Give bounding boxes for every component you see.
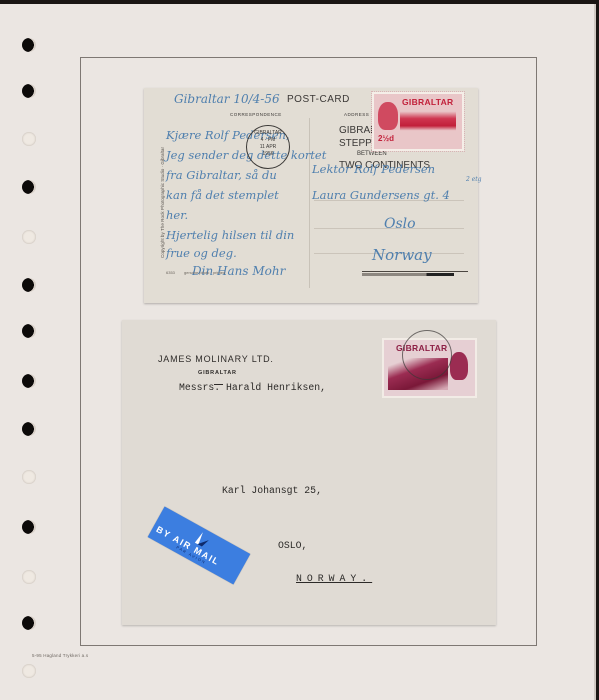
message-line: her. [166, 208, 188, 222]
queen-portrait-icon [378, 102, 398, 130]
sender-city: GIBRALTAR [198, 370, 237, 376]
catalog-number: 6353 [166, 270, 175, 275]
binder-hole [22, 132, 36, 146]
binder-hole [22, 324, 36, 338]
postcard: POST-CARD CORRESPONDENCE ADDRESS Copyrig… [144, 88, 478, 303]
message-line: Hjertelig hilsen til din [166, 228, 294, 242]
binder-hole [22, 616, 36, 630]
recipient-line: Norway [372, 246, 432, 264]
recipient-line: Lektor Rolf Pedersen [312, 162, 435, 176]
binder-hole [22, 278, 36, 292]
binder-hole [22, 664, 36, 678]
postmark-time: 4 - PM [247, 137, 289, 144]
slogan-line: BETWEEN [339, 150, 430, 159]
sender-company: JAMES MOLINARY LTD. [158, 354, 274, 364]
recipient-line: Laura Gundersens gt. 4 [312, 188, 450, 202]
handwritten-date: Gibraltar 10/4-56 [174, 92, 280, 106]
postcard-divider [309, 118, 310, 288]
binder-hole [22, 84, 36, 98]
floor-note: 2 etg [466, 176, 482, 183]
printer-footer-note: 5-95 Hagland Trykkeri a.s [32, 653, 88, 658]
recipient-line: Karl Johansgt 25, [222, 485, 322, 496]
rock-scene-icon [400, 109, 456, 133]
message-line: frue og deg. [166, 246, 237, 260]
airmail-label: BY AIR MAIL PAR AVION [148, 506, 251, 584]
postmark-year: 1956 [247, 151, 289, 158]
stamp-value: 2½d [378, 134, 394, 143]
binder-hole [22, 180, 36, 194]
binder-hole [22, 374, 36, 388]
binder-hole [22, 230, 36, 244]
envelope-stamp: GIBRALTAR [382, 338, 477, 398]
recipient-country: NORWAY. [296, 573, 372, 584]
binder-hole [22, 38, 36, 52]
correspondence-label: CORRESPONDENCE [230, 112, 282, 117]
binder-hole [22, 570, 36, 584]
address-rule [362, 271, 468, 272]
airmail-main-text: BY AIR MAIL [155, 524, 222, 567]
album-page: POST-CARD CORRESPONDENCE ADDRESS Copyrig… [0, 4, 596, 700]
postcard-title: POST-CARD [287, 94, 350, 105]
message-line: fra Gibraltar, så du [166, 168, 277, 182]
circular-postmark: GIBRALTAR 4 - PM 11 APR 1956 [246, 125, 290, 169]
binder-hole [22, 520, 36, 534]
recipient-line: Messrs. Harald Henriksen, [179, 382, 326, 393]
stamp-country: GIBRALTAR [402, 97, 454, 107]
publisher-line: genuine photo · printed [184, 270, 225, 275]
recipient-line: OSLO, [278, 540, 307, 551]
postmark-date: 11 APR [247, 144, 289, 151]
printer-strip [362, 273, 454, 276]
address-label: ADDRESS [344, 112, 369, 117]
envelope: JAMES MOLINARY LTD. GIBRALTAR GIBRALTAR … [122, 320, 496, 625]
binder-hole [22, 470, 36, 484]
message-line: kan få det stemplet [166, 188, 279, 202]
postcard-stamp: GIBRALTAR 2½d [372, 92, 464, 151]
copyright-text: Copyright by The Rock Photographic Studi… [160, 147, 165, 258]
recipient-line: Oslo [384, 216, 416, 232]
postmark-city: GIBRALTAR [247, 130, 289, 137]
queen-portrait-icon [450, 352, 468, 380]
binder-hole [22, 422, 36, 436]
circular-postmark [402, 330, 452, 380]
